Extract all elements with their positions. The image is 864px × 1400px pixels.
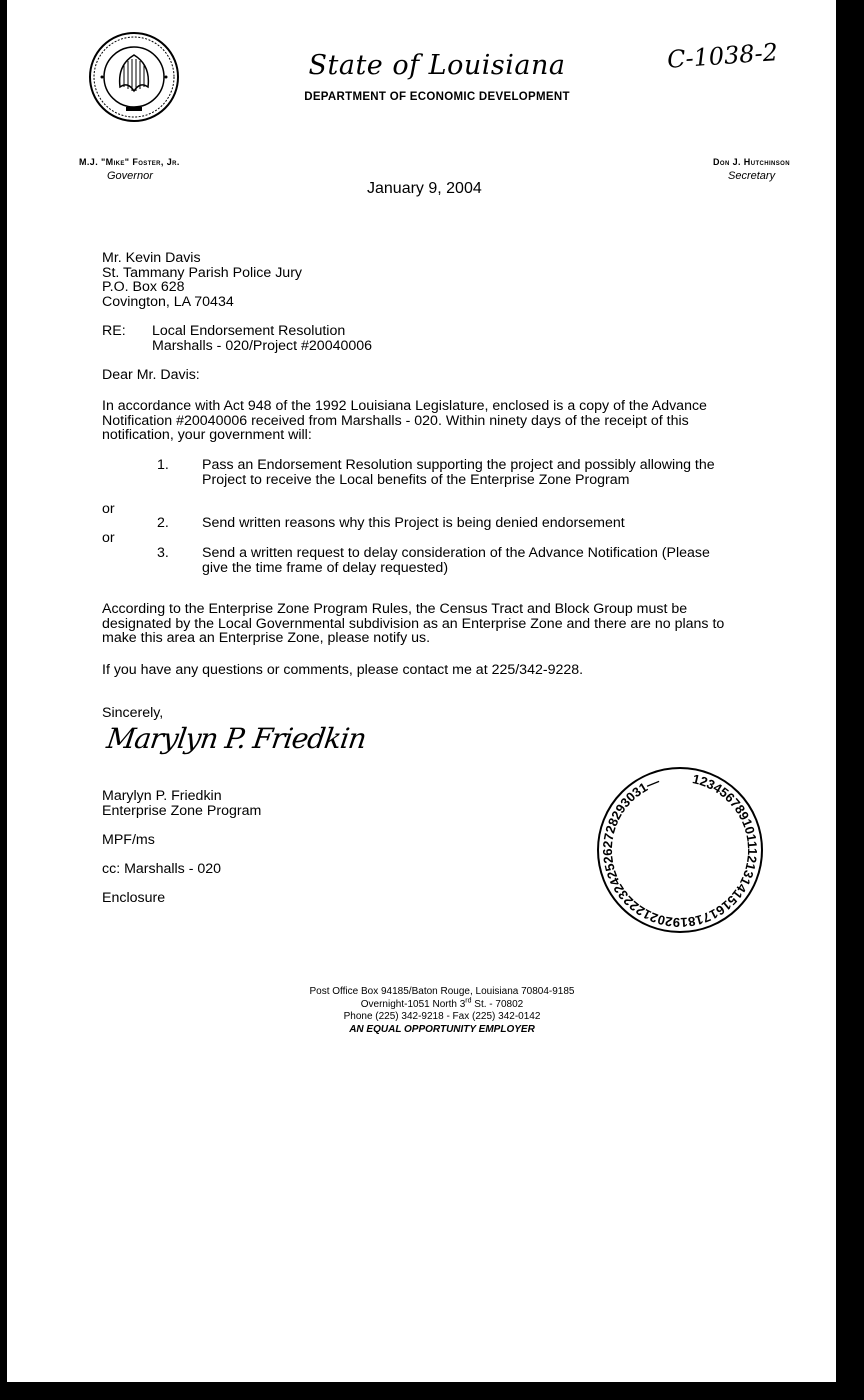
- recipient-address: Mr. Kevin Davis St. Tammany Parish Polic…: [102, 251, 302, 309]
- contact-paragraph: If you have any questions or comments, p…: [102, 663, 583, 678]
- salutation: Dear Mr. Davis:: [102, 368, 200, 383]
- cc-line: cc: Marshalls - 020: [102, 862, 221, 877]
- secretary-name: Don J. Hutchinson: [713, 157, 790, 167]
- re-line: Marshalls - 020/Project #20040006: [152, 339, 372, 354]
- re-subject: Local Endorsement Resolution Marshalls -…: [152, 324, 372, 353]
- svg-text:123456789101112131415161718192: 1234567891011121314151617181920212223242…: [595, 765, 765, 935]
- recipient-line: Covington, LA 70434: [102, 295, 302, 310]
- recipient-line: Mr. Kevin Davis: [102, 251, 302, 266]
- rules-paragraph: According to the Enterprise Zone Program…: [102, 602, 752, 646]
- footer-overnight-text: St. - 70802: [472, 999, 524, 1010]
- governor-title: Governor: [107, 170, 153, 182]
- signature: Marylyn P. Friedkin: [105, 722, 368, 755]
- option-text: Send written reasons why this Project is…: [202, 516, 722, 531]
- letter-date: January 9, 2004: [367, 180, 482, 198]
- letterhead-title: State of Louisiana: [262, 50, 612, 81]
- signer-block: Marylyn P. Friedkin Enterprise Zone Prog…: [102, 789, 261, 818]
- footer-overnight: Overnight-1051 North 3rd St. - 70802: [227, 999, 657, 1012]
- recipient-line: St. Tammany Parish Police Jury: [102, 266, 302, 281]
- state-seal-icon: [88, 31, 180, 123]
- typist-initials: MPF/ms: [102, 833, 155, 848]
- or-label: or: [102, 502, 115, 517]
- stamp-digits: 1234567891011121314151617181920212223242…: [595, 765, 765, 935]
- signer-title: Enterprise Zone Program: [102, 804, 261, 819]
- or-label: or: [102, 531, 115, 546]
- re-label: RE:: [102, 324, 126, 339]
- intro-paragraph: In accordance with Act 948 of the 1992 L…: [102, 399, 742, 443]
- valediction: Sincerely,: [102, 706, 163, 721]
- signer-name: Marylyn P. Friedkin: [102, 789, 261, 804]
- option-number: 3.: [157, 546, 169, 561]
- option-text: Send a written request to delay consider…: [202, 546, 722, 575]
- letter-page: State of Louisiana DEPARTMENT OF ECONOMI…: [7, 0, 836, 1382]
- footer-eoe: AN EQUAL OPPORTUNITY EMPLOYER: [227, 1024, 657, 1037]
- enclosure-line: Enclosure: [102, 891, 165, 906]
- footer-address: Post Office Box 94185/Baton Rouge, Louis…: [227, 986, 657, 999]
- department-name: DEPARTMENT OF ECONOMIC DEVELOPMENT: [262, 91, 612, 103]
- option-text: Pass an Endorsement Resolution supportin…: [202, 458, 722, 487]
- recipient-line: P.O. Box 628: [102, 280, 302, 295]
- re-line: Local Endorsement Resolution: [152, 324, 372, 339]
- footer-overnight-text: Overnight-1051 North 3: [361, 999, 466, 1010]
- secretary-title: Secretary: [728, 170, 775, 182]
- handwritten-file-number: C-1038-2: [666, 38, 779, 74]
- letterhead-footer: Post Office Box 94185/Baton Rouge, Louis…: [227, 986, 657, 1036]
- governor-name: M.J. "Mike" Foster, Jr.: [79, 157, 180, 167]
- option-number: 2.: [157, 516, 169, 531]
- footer-phone: Phone (225) 342-9218 - Fax (225) 342-014…: [227, 1011, 657, 1024]
- date-stamp-icon: 1234567891011121314151617181920212223242…: [595, 765, 765, 935]
- option-number: 1.: [157, 458, 169, 473]
